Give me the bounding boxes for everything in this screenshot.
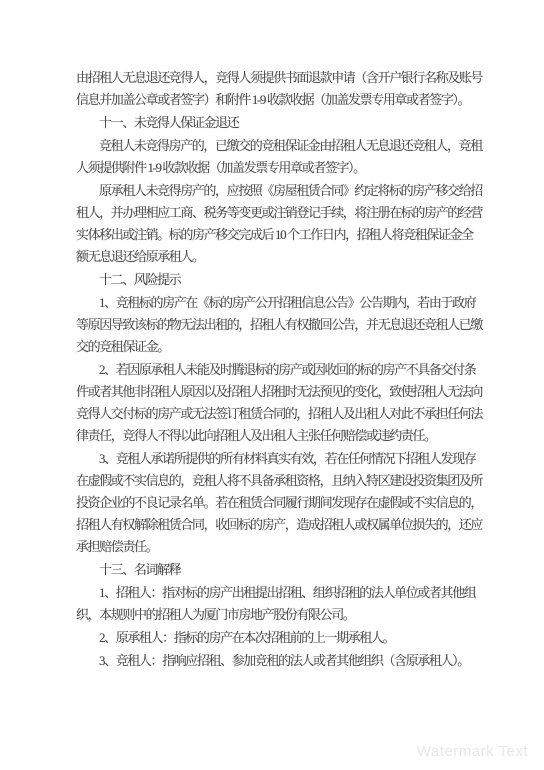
text-line: 律责任，竞得人不得以此向招租人及出租人主张任何赔偿或违约责任。 [76, 425, 470, 447]
text-line: 3、竞租人：指响应招租、参加竞租的法人或者其他组织（含原承租人）。 [76, 650, 470, 672]
text-line: 投资企业的不良记录名单。若在租赁合同履行期间发现存在虚假或不实信息的， [76, 492, 470, 514]
text-line: 招租人有权解除租赁合同，收回标的房产，造成招租人或权属单位损失的，还应 [76, 514, 470, 536]
text-line: 竞得人交付标的房产或无法签订租赁合同的，招租人及出租人对此不承担任何法 [76, 403, 470, 425]
paragraph: 2、原承租人：指标的房产在本次招租前的上一期承租人。 [76, 627, 470, 649]
paragraph: 由招租人无息退还竞得人，竞得人须提供书面退款申请（含开户银行名称及账号信息并加盖… [76, 67, 470, 111]
text-line: 竞租人未竞得房产的，已缴交的竞租保证金由招租人无息退还竞租人，竞租 [76, 135, 470, 157]
text-line: 在虚假或不实信息的，竞租人将不具备承租资格，且纳入特区建设投资集团及所 [76, 470, 470, 492]
text-line: 等原因导致该标的物无法出租的，招租人有权撤回公告，并无息退还竞租人已缴 [76, 314, 470, 336]
paragraph: 3、竞租人承诺所提供的所有材料真实有效，若在任何情况下招租人发现存在虚假或不实信… [76, 448, 470, 558]
text-line: 十一、未竞得人保证金退还 [76, 112, 470, 134]
paragraph: 1、招租人：指对标的房产出租提出招租、组织招租的法人单位或者其他组织，本规则中的… [76, 582, 470, 626]
text-line: 由招租人无息退还竞得人，竞得人须提供书面退款申请（含开户银行名称及账号 [76, 67, 470, 89]
text-line: 1、竞租标的房产在《标的房产公开招租信息公告》公告期内，若由于政府 [76, 292, 470, 314]
text-line: 十三、名词解释 [76, 559, 470, 581]
paragraph: 竞租人未竞得房产的，已缴交的竞租保证金由招租人无息退还竞租人，竞租人须提供附件 … [76, 135, 470, 179]
document-page: 由招租人无息退还竞得人，竞得人须提供书面退款申请（含开户银行名称及账号信息并加盖… [0, 0, 544, 770]
text-line: 信息并加盖公章或者签字）和附件 1-9 收款收据（加盖发票专用章或者签字）。 [76, 89, 470, 111]
text-line: 原承租人未竞得房产的，应按照《房屋租赁合同》约定将标的房产移交给招 [76, 180, 470, 202]
text-line: 十二、风险提示 [76, 269, 470, 291]
section-heading: 十二、风险提示 [76, 269, 470, 291]
section-heading: 十一、未竞得人保证金退还 [76, 112, 470, 134]
text-line: 租人，并办理相应工商、税务等变更或注销登记手续，将注册在标的房产的经营 [76, 202, 470, 224]
text-line: 织，本规则中的招租人为厦门市房地产股份有限公司。 [76, 604, 470, 626]
paragraph: 原承租人未竞得房产的，应按照《房屋租赁合同》约定将标的房产移交给招租人，并办理相… [76, 180, 470, 268]
text-line: 2、原承租人：指标的房产在本次招租前的上一期承租人。 [76, 627, 470, 649]
text-line: 件或者其他非招租人原因以及招租人招租时无法预见的变化，致使招租人无法向 [76, 381, 470, 403]
text-line: 额无息退还给原承租人。 [76, 246, 470, 268]
paragraph: 3、竞租人：指响应招租、参加竞租的法人或者其他组织（含原承租人）。 [76, 650, 470, 672]
paragraph: 1、竞租标的房产在《标的房产公开招租信息公告》公告期内，若由于政府等原因导致该标… [76, 292, 470, 358]
text-line: 1、招租人：指对标的房产出租提出招租、组织招租的法人单位或者其他组 [76, 582, 470, 604]
text-line: 3、竞租人承诺所提供的所有材料真实有效，若在任何情况下招租人发现存 [76, 448, 470, 470]
paragraph: 2、若因原承租人未能及时腾退标的房产或因收回的标的房产不具备交付条件或者其他非招… [76, 359, 470, 447]
section-heading: 十三、名词解释 [76, 559, 470, 581]
text-line: 2、若因原承租人未能及时腾退标的房产或因收回的标的房产不具备交付条 [76, 359, 470, 381]
document-body: 由招租人无息退还竞得人，竞得人须提供书面退款申请（含开户银行名称及账号信息并加盖… [76, 67, 470, 673]
text-line: 人须提供附件 1-9 收款收据（加盖发票专用章或者签字）。 [76, 157, 470, 179]
text-line: 承担赔偿责任。 [76, 536, 470, 558]
watermark: Watermark Text [417, 743, 528, 760]
text-line: 交的竞租保证金。 [76, 336, 470, 358]
text-line: 实体移出或注销。标的房产移交完成后 10 个工作日内，招租人将竞租保证金全 [76, 224, 470, 246]
